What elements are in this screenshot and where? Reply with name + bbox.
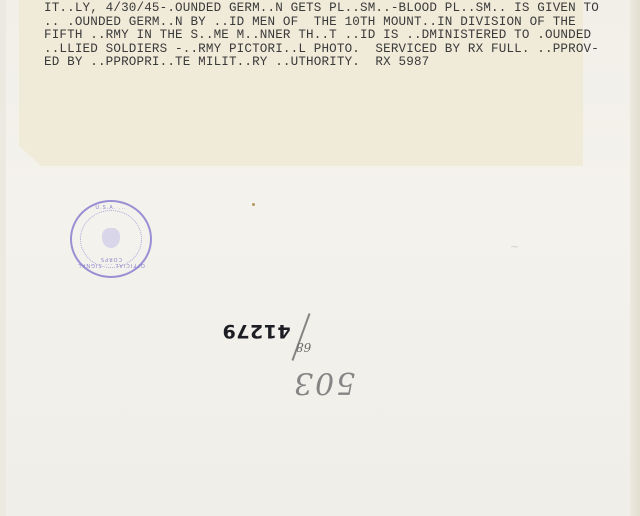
handwritten-number: 503 (292, 365, 355, 400)
right-edge (630, 0, 640, 516)
stamp-bottom-text: OFFICIAL ... SIGNAL CORPS (72, 256, 150, 268)
caption-line: IT..LY, 4/30/45-.OUNDED GERM..N GETS PL.… (44, 2, 584, 16)
caption-line: ED BY ..PPROPRI..TE MILIT..RY ..UTHORITY… (44, 56, 584, 70)
caption-line: ..LLIED SOLDIERS -..RMY PICTORI..L PHOTO… (44, 43, 584, 57)
official-stamp: U.S.A. ... OFFICIAL ... SIGNAL CORPS (70, 200, 152, 278)
accession-number: 41279 (222, 320, 291, 342)
handwritten-fraction: 68 (296, 340, 311, 354)
left-edge (0, 0, 6, 516)
faint-pencil-mark: ~ (510, 240, 519, 253)
paper-speck (252, 203, 255, 206)
caption-text: IT..LY, 4/30/45-.OUNDED GERM..N GETS PL.… (44, 2, 584, 70)
caption-line: FIFTH ..RMY IN THE S..ME M..NNER TH..T .… (44, 29, 584, 43)
stamp-top-text: U.S.A. ... (72, 205, 150, 211)
caption-line: .. .OUNDED GERM..N BY ..ID MEN OF THE 10… (44, 16, 584, 30)
stamp-emblem-icon (102, 228, 120, 248)
